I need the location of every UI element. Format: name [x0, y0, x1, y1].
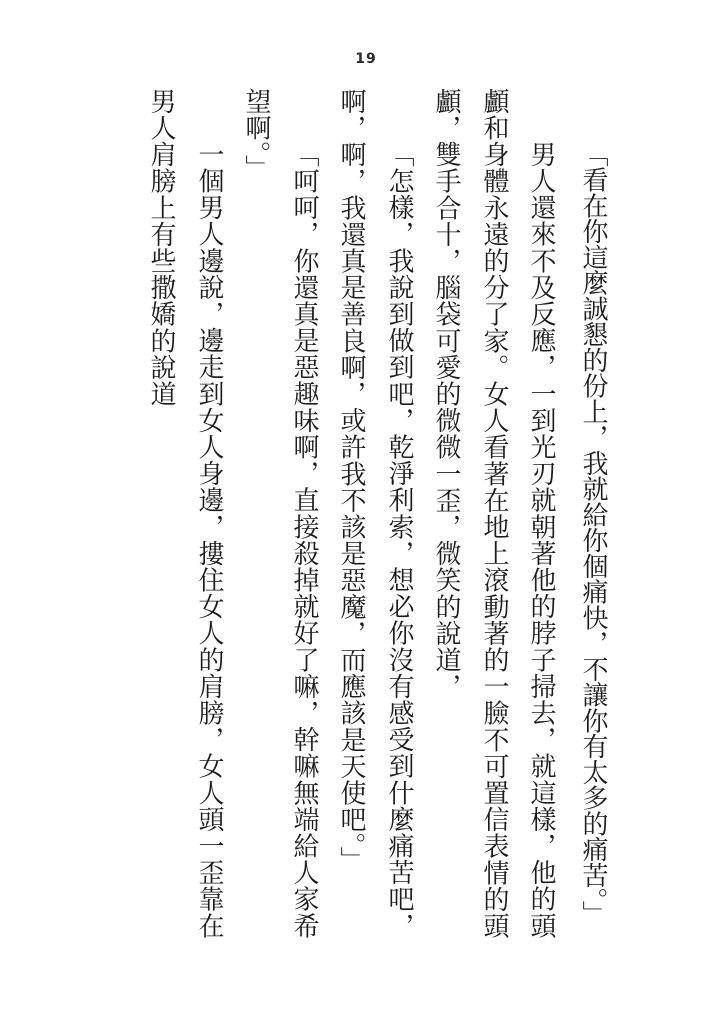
text-column-6: 啊，啊，我還真是善良啊，或許我不該是惡魔，而應該是天使吧。」	[338, 88, 364, 873]
text-column-2: 男人還來不及反應，一到光刃就朝著他的脖子掃去，就這樣，他的頭	[528, 88, 554, 939]
text-column-4: 顱，雙手合十，腦袋可愛的微微一歪，微笑的說道，	[433, 88, 459, 700]
page-number: 19	[342, 51, 390, 67]
book-page: 19 「看在你這麼誠懇的份上，我就給你個痛快，不讓你有太多的痛苦。」 男人還來不…	[0, 0, 721, 1020]
text-column-5: 「怎樣，我說到做到吧，乾淨利索，想必你沒有感受到什麼痛苦吧，	[386, 88, 412, 939]
text-column-1: 「看在你這麼誠懇的份上，我就給你個痛快，不讓你有太多的痛苦。」	[580, 88, 606, 926]
text-column-7: 「呵呵，你還真是惡趣味啊，直接殺掉就好了嘛，幹嘛無端給人家希	[291, 88, 317, 939]
text-column-9: 一個男人邊說，邊走到女人身邊，摟住女人的肩膀，女人頭一歪靠在	[196, 88, 222, 939]
text-column-8: 望啊。」	[243, 88, 269, 181]
text-column-3: 顱和身體永遠的分了家。女人看著在地上滾動著的一臉不可置信表情的頭	[481, 88, 507, 939]
text-column-10: 男人肩膀上有些撒嬌的說道	[148, 88, 174, 407]
